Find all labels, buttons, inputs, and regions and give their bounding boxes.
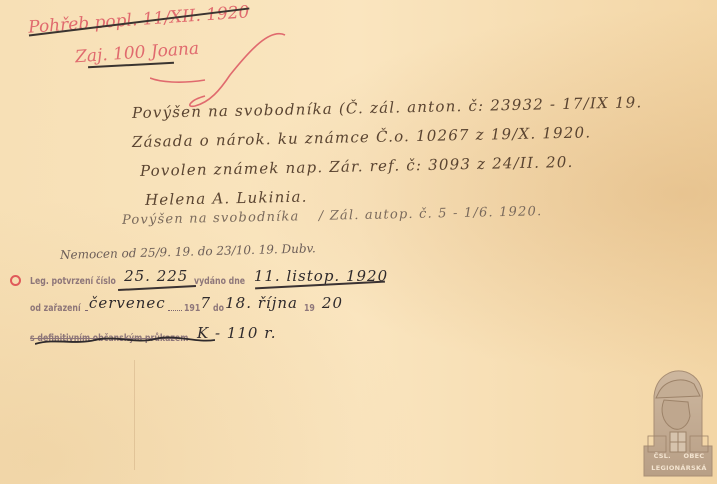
- paper-crease: [134, 360, 135, 470]
- label-issued-on: vydáno dne: [194, 276, 245, 287]
- label-to: do: [213, 303, 224, 314]
- stamp-row-service-period: od zařazení červenec 191 7 do 18. října …: [30, 292, 343, 314]
- label-year-prefix: 191: [184, 303, 200, 314]
- dotted-line: [168, 309, 182, 311]
- entry-signature: Helena A. Lukinia.: [145, 188, 308, 209]
- value-year-digit: 7: [201, 294, 212, 312]
- red-flourish-icon: [150, 30, 290, 110]
- logo-text-line1: ČSL. OBEC: [646, 452, 712, 460]
- logo-obec: OBEC: [684, 452, 705, 460]
- value-to-date: 18. října: [225, 294, 298, 312]
- value-year2: 20: [322, 294, 343, 312]
- logo-text-line2: LEGIONÁRSKÁ: [646, 464, 712, 472]
- document-paper: [0, 0, 717, 484]
- strike-scribble-icon: [35, 336, 215, 346]
- label-confirmation-number: Leg. potvrzení číslo: [30, 276, 116, 287]
- label-year2-prefix: 19: [304, 303, 315, 314]
- value-from-month: červenec: [89, 294, 166, 312]
- logo-csl: ČSL.: [654, 452, 671, 460]
- red-circle-mark-icon: [10, 275, 21, 286]
- legion-logo-icon: [642, 366, 714, 478]
- value-confirmation-number: 25. 225: [124, 267, 188, 285]
- label-from-assignment: od zařazení: [30, 303, 81, 314]
- dotted-line: [85, 309, 87, 311]
